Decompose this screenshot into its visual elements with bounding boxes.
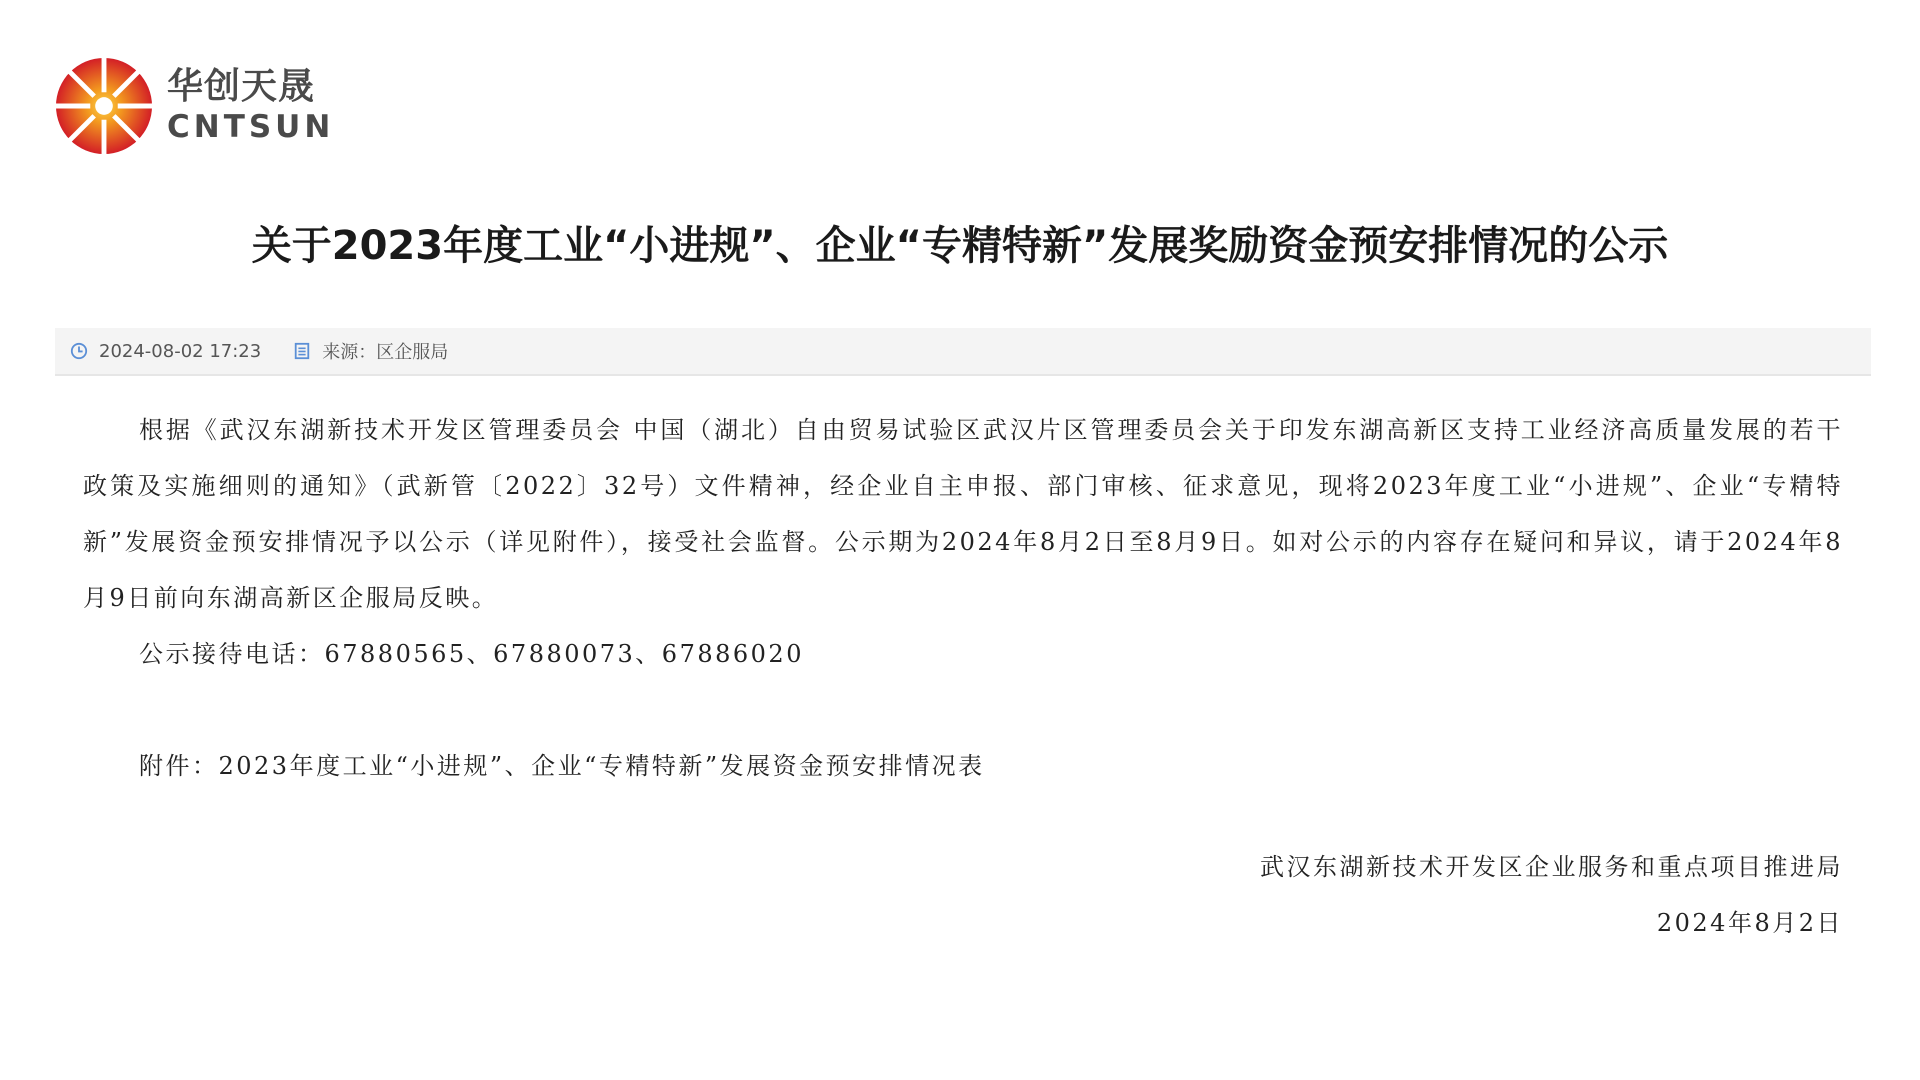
logo-chinese-name: 华创天晟 bbox=[167, 66, 334, 108]
logo-english-name: CNTSUN bbox=[167, 108, 334, 146]
source-value: 区企服局 bbox=[376, 338, 448, 364]
sun-logo-icon bbox=[55, 57, 153, 155]
contact-phone-line: 公示接待电话：67880565、67880073、67886020 bbox=[83, 626, 1843, 682]
publish-datetime: 2024-08-02 17:23 bbox=[99, 341, 261, 362]
article-body: 根据《武汉东湖新技术开发区管理委员会 中国（湖北）自由贸易试验区武汉片区管理委员… bbox=[83, 402, 1843, 951]
document-icon bbox=[293, 342, 311, 360]
source-label: 来源： bbox=[322, 338, 376, 364]
page-title: 关于2023年度工业“小进规”、企业“专精特新”发展奖励资金预安排情况的公示 bbox=[0, 214, 1920, 271]
article-source: 来源： 区企服局 bbox=[293, 338, 448, 364]
body-paragraph: 根据《武汉东湖新技术开发区管理委员会 中国（湖北）自由贸易试验区武汉片区管理委员… bbox=[83, 402, 1843, 626]
spacer bbox=[83, 794, 1843, 839]
signature-organization: 武汉东湖新技术开发区企业服务和重点项目推进局 bbox=[83, 839, 1843, 895]
article-meta-bar: 2024-08-02 17:23 来源： 区企服局 bbox=[55, 328, 1871, 376]
publish-date: 2024-08-02 17:23 bbox=[70, 341, 261, 362]
clock-icon bbox=[70, 342, 88, 360]
signature-date: 2024年8月2日 bbox=[83, 895, 1843, 951]
spacer bbox=[83, 682, 1843, 738]
attachment-link[interactable]: 附件：2023年度工业“小进规”、企业“专精特新”发展资金预安排情况表 bbox=[83, 738, 1843, 794]
company-logo[interactable]: 华创天晟 CNTSUN bbox=[55, 57, 334, 155]
